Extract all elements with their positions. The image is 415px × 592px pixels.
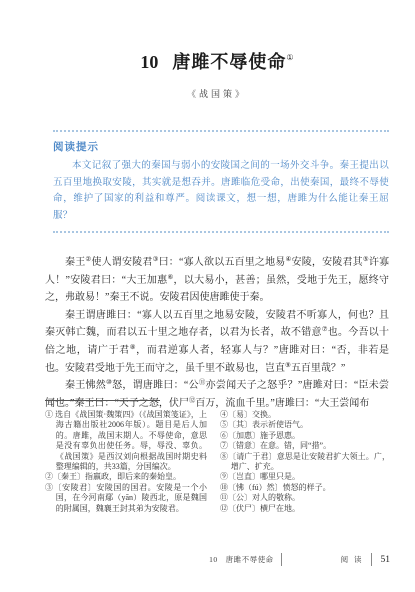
page-number: 51 bbox=[381, 555, 391, 565]
lesson-number: 10 bbox=[140, 52, 158, 72]
footnotes-area: ① 选自《战国策·魏策四》（《战国策笺证》，上海古籍出版社2006年版）。题目是… bbox=[45, 400, 390, 514]
lesson-body: 秦王②使人谓安陵君③曰：“寡人欲以五百里之地易④安陵，安陵君其⑤许寡人！”安陵君… bbox=[45, 254, 389, 412]
footer-lesson-title: 10 唐雎不辱使命 bbox=[209, 554, 274, 565]
footnote-column-left: ① 选自《战国策·魏策四》（《战国策笺证》，上海古籍出版社2006年版）。题目是… bbox=[45, 410, 207, 514]
footer-divider bbox=[371, 553, 372, 566]
footnote-1: ① 选自《战国策·魏策四》（《战国策笺证》，上海古籍出版社2006年版）。题目是… bbox=[45, 410, 207, 472]
footnote-column-right: ④〔易〕交换。 ⑤〔其〕表示祈使语气。 ⑥〔加惠〕施予恩惠。 ⑦〔错意〕在意。错… bbox=[220, 410, 390, 514]
reading-hint-heading: 阅读提示 bbox=[53, 139, 389, 154]
textbook-page: 10唐雎不辱使命① 《战国策》 阅读提示 本文记叙了强大的秦国与弱小的安陵国之间… bbox=[0, 0, 415, 592]
page-content: 10唐雎不辱使命① 《战国策》 阅读提示 本文记叙了强大的秦国与弱小的安陵国之间… bbox=[0, 0, 415, 412]
footnote-10: ⑩〔怫（fú）然〕愤怒的样子。 bbox=[220, 483, 390, 493]
lesson-title-text: 唐雎不辱使命 bbox=[172, 52, 286, 72]
footer-section-label: 阅 读 bbox=[341, 554, 364, 565]
footnote-5: ⑤〔其〕表示祈使语气。 bbox=[220, 420, 390, 430]
page-footer: 10 唐雎不辱使命 阅 读 51 bbox=[209, 553, 390, 566]
footnote-separator bbox=[45, 400, 160, 401]
footnote-3: ③〔安陵君〕安陵国的国君。安陵是一个小国，在今河南鄢（yān）陵西北，原是魏国的… bbox=[45, 483, 207, 514]
body-paragraph-1: 秦王②使人谓安陵君③曰：“寡人欲以五百里之地易④安陵，安陵君其⑤许寡人！”安陵君… bbox=[45, 254, 389, 307]
footnote-8: ⑧〔请广于君〕意思是让安陵君扩大领土。广，增广、扩充。 bbox=[220, 452, 390, 473]
footnote-12: ⑫〔伏尸〕横尸在地。 bbox=[220, 504, 390, 514]
footnote-2: ②〔秦王〕指嬴政，即后来的秦始皇。 bbox=[45, 472, 207, 482]
footer-divider bbox=[281, 553, 282, 566]
footnote-9: ⑨〔岂直〕哪里只是。 bbox=[220, 472, 390, 482]
dotted-rule-top bbox=[53, 130, 389, 132]
body-paragraph-2: 秦王谓唐雎曰：“寡人以五百里之地易安陵，安陵君不听寡人，何也？且秦灭韩亡魏，而君… bbox=[45, 307, 389, 377]
reading-hint-body: 本文记叙了强大的秦国与弱小的安陵国之间的一场外交斗争。秦王提出以五百里地换取安陵… bbox=[53, 158, 389, 224]
reading-hint-box: 阅读提示 本文记叙了强大的秦国与弱小的安陵国之间的一场外交斗争。秦王提出以五百里… bbox=[53, 130, 389, 233]
footnote-4: ④〔易〕交换。 bbox=[220, 410, 390, 420]
title-footnote-ref: ① bbox=[286, 53, 293, 62]
footnote-7: ⑦〔错意〕在意。错，同“措”。 bbox=[220, 441, 390, 451]
source-attribution: 《战国策》 bbox=[45, 87, 389, 100]
dotted-rule-bottom bbox=[53, 231, 389, 233]
footnote-6: ⑥〔加惠〕施予恩惠。 bbox=[220, 431, 390, 441]
footnote-11: ⑪〔公〕对人的敬称。 bbox=[220, 493, 390, 503]
footnote-columns: ① 选自《战国策·魏策四》（《战国策笺证》，上海古籍出版社2006年版）。题目是… bbox=[45, 410, 390, 514]
page-title: 10唐雎不辱使命① bbox=[45, 0, 389, 74]
